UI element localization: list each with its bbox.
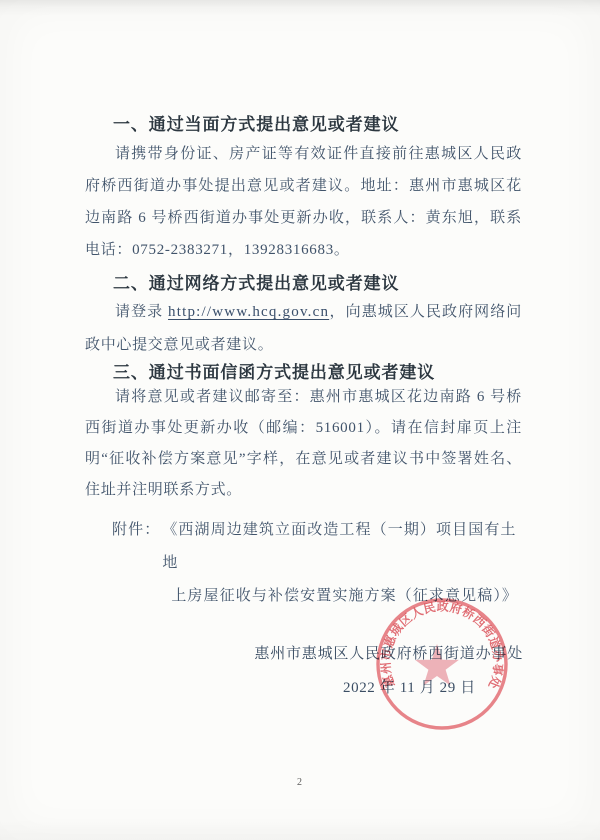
attachment-label: 附件： xyxy=(112,514,162,613)
section-3-heading: 三、通过书面信函方式提出意见或者建议 xyxy=(113,358,533,383)
section-2-body-prefix: 请登录 xyxy=(115,304,168,320)
section-2-heading: 二、通过网络方式提出意见或者建议 xyxy=(113,269,533,294)
section-1-heading: 一、通过当面方式提出意见或者建议 xyxy=(113,110,533,135)
scanned-document-page: 一、通过当面方式提出意见或者建议 请携带身份证、房产证等有效证件直接前往惠城区人… xyxy=(0,0,600,840)
government-website-link[interactable]: http://www.hcq.gov.cn xyxy=(168,304,329,320)
page-number: 2 xyxy=(0,777,600,788)
section-3-body: 请将意见或者建议邮寄至：惠州市惠城区花边南路 6 号桥西街道办事处更新办收（邮编… xyxy=(85,382,522,506)
official-seal-stamp: 惠州市惠城区人民政府桥西街道办事处 xyxy=(370,592,514,736)
attachment-title-line2: 上房屋征收与补偿安置实施方案（征求意见稿）》 xyxy=(162,580,532,613)
issuer-signature: 惠州市惠城区人民政府桥西街道办事处 xyxy=(254,642,523,663)
seal-ring-circle xyxy=(378,600,506,728)
issue-date: 2022 年 11 月 29 日 xyxy=(343,676,476,697)
section-1-body: 请携带身份证、房产证等有效证件直接前往惠城区人民政府桥西街道办事处提出意见或者建… xyxy=(85,138,522,266)
section-2-body: 请登录 http://www.hcq.gov.cn，向惠城区人民政府网络问政中心… xyxy=(85,296,522,362)
attachment-reference: 附件： 《西湖周边建筑立面改造工程（一期）项目国有土地 上房屋征收与补偿安置实施… xyxy=(112,514,532,613)
attachment-title-line1: 《西湖周边建筑立面改造工程（一期）项目国有土地 xyxy=(162,514,532,580)
attachment-title: 《西湖周边建筑立面改造工程（一期）项目国有土地 上房屋征收与补偿安置实施方案（征… xyxy=(162,514,532,613)
